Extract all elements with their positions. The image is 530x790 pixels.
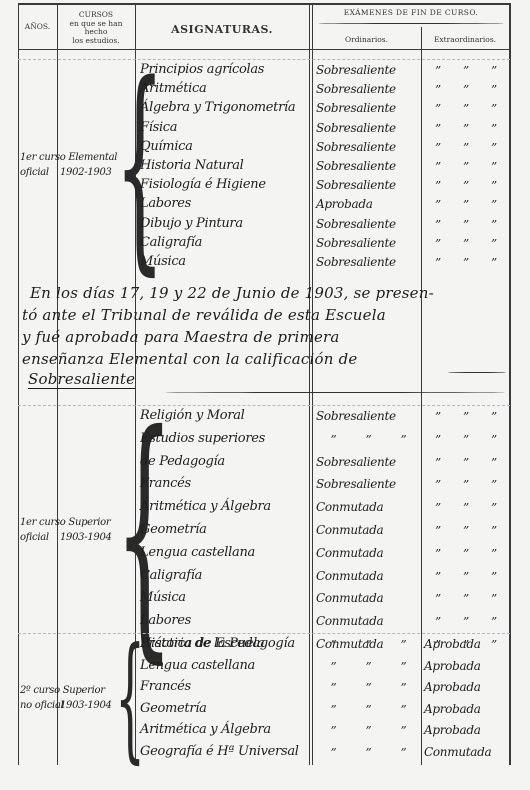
extraordinary-ditto: ”	[491, 141, 497, 155]
extraordinary-ditto: ”	[463, 179, 469, 193]
extraordinary-grade: Conmutada	[424, 745, 491, 759]
ordinary-ditto: ”	[401, 681, 407, 695]
subject-name: Historia de la Pedagogía	[140, 636, 295, 651]
subject-name: Principios agrícolas	[140, 62, 264, 77]
extraordinary-ditto: ”	[435, 456, 441, 470]
extraordinary-ditto: ”	[435, 198, 441, 212]
header-courses-line2: en que se han hecho	[57, 20, 135, 37]
extraordinary-ditto: ”	[435, 433, 441, 447]
extraordinary-ditto: ”	[435, 141, 441, 155]
ordinary-grade: Sobresaliente	[316, 178, 396, 192]
ordinary-grade: Sobresaliente	[316, 477, 396, 491]
header-years: AÑOS.	[18, 23, 57, 32]
extraordinary-ditto: ”	[491, 456, 497, 470]
ordinary-grade: Conmutada	[316, 523, 383, 537]
note-fill-line-1	[448, 372, 506, 373]
extraordinary-ditto: ”	[435, 524, 441, 538]
subject-name: Música	[140, 254, 186, 269]
extraordinary-ditto: ”	[463, 615, 469, 629]
extraordinary-ditto: ”	[491, 501, 497, 515]
extraordinary-ditto: ”	[491, 198, 497, 212]
ordinary-grade: Sobresaliente	[316, 63, 396, 77]
ordinary-ditto: ”	[366, 724, 372, 738]
subject-name: Francés	[140, 679, 191, 694]
extraordinary-ditto: ”	[463, 478, 469, 492]
ordinary-ditto: ”	[331, 746, 337, 760]
note-line-4: enseñanza Elemental con la calificación …	[22, 350, 357, 368]
header-extraordinary: Extraordinarios.	[421, 36, 509, 45]
extraordinary-grade: Aprobada	[424, 680, 481, 694]
extraordinary-ditto: ”	[491, 410, 497, 424]
extraordinary-ditto: ”	[463, 256, 469, 270]
ordinary-ditto: ”	[366, 703, 372, 717]
divider-ordinary-extra	[421, 27, 422, 765]
subject-name: Historia Natural	[140, 158, 244, 173]
extraordinary-ditto: ”	[435, 218, 441, 232]
extraordinary-ditto: ”	[491, 615, 497, 629]
divider-subjects-exams-a	[309, 3, 310, 765]
extraordinary-ditto: ”	[435, 64, 441, 78]
extraordinary-ditto: ”	[491, 160, 497, 174]
extraordinary-ditto: ”	[463, 410, 469, 424]
header-subjects: ASIGNATURAS.	[135, 24, 309, 37]
ordinary-ditto: ”	[366, 681, 372, 695]
ordinary-ditto: ”	[331, 724, 337, 738]
course-label: 2º curso Superior	[20, 685, 105, 696]
top-border	[18, 3, 510, 5]
extraordinary-ditto: ”	[491, 256, 497, 270]
ordinary-grade: Sobresaliente	[316, 236, 396, 250]
ordinary-grade: Sobresaliente	[316, 101, 396, 115]
course-label: 1er curso Superior	[20, 517, 110, 528]
extraordinary-ditto: ”	[491, 524, 497, 538]
extraordinary-ditto: ”	[435, 102, 441, 116]
ordinary-grade: Conmutada	[316, 569, 383, 583]
ordinary-grade: Sobresaliente	[316, 255, 396, 269]
subject-name: Física	[140, 120, 177, 135]
extraordinary-ditto: ”	[491, 102, 497, 116]
ordinary-grade: Conmutada	[316, 546, 383, 560]
subject-name: de Pedagogía	[140, 454, 225, 469]
ordinary-grade: Conmutada	[316, 614, 383, 628]
ordinary-ditto: ”	[366, 746, 372, 760]
row-guide	[18, 59, 510, 60]
extraordinary-ditto: ”	[463, 570, 469, 584]
extraordinary-grade: Aprobada	[424, 659, 481, 673]
extraordinary-ditto: ”	[435, 570, 441, 584]
subject-name: Fisiología é Higiene	[140, 177, 266, 192]
extraordinary-ditto: ”	[435, 160, 441, 174]
extraordinary-ditto: ”	[463, 160, 469, 174]
extraordinary-ditto: ”	[463, 433, 469, 447]
note-line-5: Sobresaliente	[28, 370, 135, 389]
divider-subjects-exams-b	[312, 3, 313, 765]
header-exams-title: EXÁMENES DE FIN DE CURSO.	[312, 9, 510, 18]
years-label: 1902-1903	[60, 167, 112, 178]
subject-name: Química	[140, 139, 193, 154]
extraordinary-ditto: ”	[463, 64, 469, 78]
ordinary-grade: Aprobada	[316, 197, 373, 211]
ordinary-ditto: ”	[401, 433, 407, 447]
extraordinary-ditto: ”	[435, 122, 441, 136]
subject-name: Estudios superiores	[140, 431, 265, 446]
ordinary-ditto: ”	[366, 660, 372, 674]
ordinary-ditto: ”	[331, 433, 337, 447]
extraordinary-ditto: ”	[463, 141, 469, 155]
extraordinary-ditto: ”	[491, 83, 497, 97]
course-label-status: no oficial	[20, 700, 64, 711]
ordinary-ditto: ”	[331, 681, 337, 695]
exams-header-swash	[318, 23, 504, 24]
ordinary-grade: Sobresaliente	[316, 82, 396, 96]
extraordinary-ditto: ”	[435, 478, 441, 492]
extraordinary-ditto: ”	[463, 501, 469, 515]
subject-name: Aritmética y Álgebra	[140, 499, 271, 514]
ordinary-ditto: ”	[366, 433, 372, 447]
extraordinary-ditto: ”	[491, 592, 497, 606]
extraordinary-ditto: ”	[463, 237, 469, 251]
ordinary-grade: Sobresaliente	[316, 409, 396, 423]
subject-name: Religión y Moral	[140, 408, 245, 423]
ordinary-ditto: ”	[331, 638, 337, 652]
ordinary-ditto: ”	[331, 660, 337, 674]
extraordinary-ditto: ”	[491, 122, 497, 136]
ordinary-ditto: ”	[366, 638, 372, 652]
extraordinary-ditto: ”	[463, 592, 469, 606]
right-border	[509, 3, 511, 765]
subject-name: Aritmética	[140, 81, 206, 96]
extraordinary-ditto: ”	[463, 102, 469, 116]
note-line-2: tó ante el Tribunal de reválida de esta …	[22, 306, 386, 324]
subject-name: Geometría	[140, 522, 207, 537]
extraordinary-grade: Aprobada	[424, 637, 481, 651]
note-line-1: En los días 17, 19 y 22 de Junio de 1903…	[30, 284, 434, 302]
subject-name: Geometría	[140, 701, 207, 716]
left-border	[18, 3, 19, 765]
subject-name: Caligrafía	[140, 568, 202, 583]
subject-name: Lengua castellana	[140, 658, 255, 673]
extraordinary-ditto: ”	[435, 256, 441, 270]
row-guide	[18, 405, 510, 406]
extraordinary-ditto: ”	[491, 570, 497, 584]
years-label: 1903-1904	[60, 532, 112, 543]
note-line-3: y fué aprobada para Maestra de primera	[22, 328, 340, 346]
years-label: 1903-1904	[60, 700, 112, 711]
ordinary-grade: Sobresaliente	[316, 217, 396, 231]
ordinary-grade: Sobresaliente	[316, 159, 396, 173]
header-bottom-border	[18, 49, 510, 50]
extraordinary-ditto: ”	[463, 547, 469, 561]
extraordinary-ditto: ”	[491, 218, 497, 232]
ordinary-ditto: ”	[331, 703, 337, 717]
subject-name: Música	[140, 590, 186, 605]
extraordinary-grade: Aprobada	[424, 723, 481, 737]
course-label-status: oficial	[20, 532, 49, 543]
extraordinary-ditto: ”	[491, 478, 497, 492]
extraordinary-ditto: ”	[435, 547, 441, 561]
ordinary-ditto: ”	[401, 660, 407, 674]
extraordinary-ditto: ”	[491, 433, 497, 447]
subject-name: Caligrafía	[140, 235, 202, 250]
ordinary-grade: Conmutada	[316, 637, 383, 651]
extraordinary-ditto: ”	[463, 524, 469, 538]
extraordinary-ditto: ”	[435, 615, 441, 629]
subject-name: Álgebra y Trigonometría	[140, 100, 295, 115]
header-ordinary: Ordinarios.	[312, 36, 421, 45]
extraordinary-ditto: ”	[463, 198, 469, 212]
extraordinary-ditto: ”	[491, 638, 497, 652]
subject-name: Aritmética y Álgebra	[140, 722, 271, 737]
ordinary-grade: Sobresaliente	[316, 121, 396, 135]
extraordinary-ditto: ”	[491, 547, 497, 561]
subject-name: Dibujo y Pintura	[140, 216, 243, 231]
subject-name: Geografía é Hª Universal	[140, 744, 299, 759]
extraordinary-ditto: ”	[435, 410, 441, 424]
extraordinary-ditto: ”	[463, 122, 469, 136]
extraordinary-ditto: ”	[463, 218, 469, 232]
note-fill-line-2	[165, 392, 505, 393]
extraordinary-ditto: ”	[491, 179, 497, 193]
subject-name: Francés	[140, 476, 191, 491]
subject-name: Labores	[140, 196, 191, 211]
extraordinary-ditto: ”	[435, 501, 441, 515]
extraordinary-ditto: ”	[435, 592, 441, 606]
ordinary-ditto: ”	[401, 724, 407, 738]
ordinary-grade: Conmutada	[316, 500, 383, 514]
ordinary-grade: Conmutada	[316, 591, 383, 605]
ordinary-ditto: ”	[401, 638, 407, 652]
ordinary-ditto: ”	[401, 746, 407, 760]
subject-name: Lengua castellana	[140, 545, 255, 560]
extraordinary-ditto: ”	[491, 237, 497, 251]
course-label: 1er curso Elemental	[20, 152, 117, 163]
extraordinary-ditto: ”	[463, 456, 469, 470]
extraordinary-ditto: ”	[435, 179, 441, 193]
extraordinary-ditto: ”	[435, 83, 441, 97]
ordinary-grade: Sobresaliente	[316, 140, 396, 154]
extraordinary-ditto: ”	[491, 64, 497, 78]
row-guide	[18, 633, 510, 634]
course-label-status: oficial	[20, 167, 49, 178]
extraordinary-ditto: ”	[463, 83, 469, 97]
extraordinary-grade: Aprobada	[424, 702, 481, 716]
ordinary-grade: Sobresaliente	[316, 455, 396, 469]
ordinary-ditto: ”	[401, 703, 407, 717]
extraordinary-ditto: ”	[435, 237, 441, 251]
subject-name: Labores	[140, 613, 191, 628]
